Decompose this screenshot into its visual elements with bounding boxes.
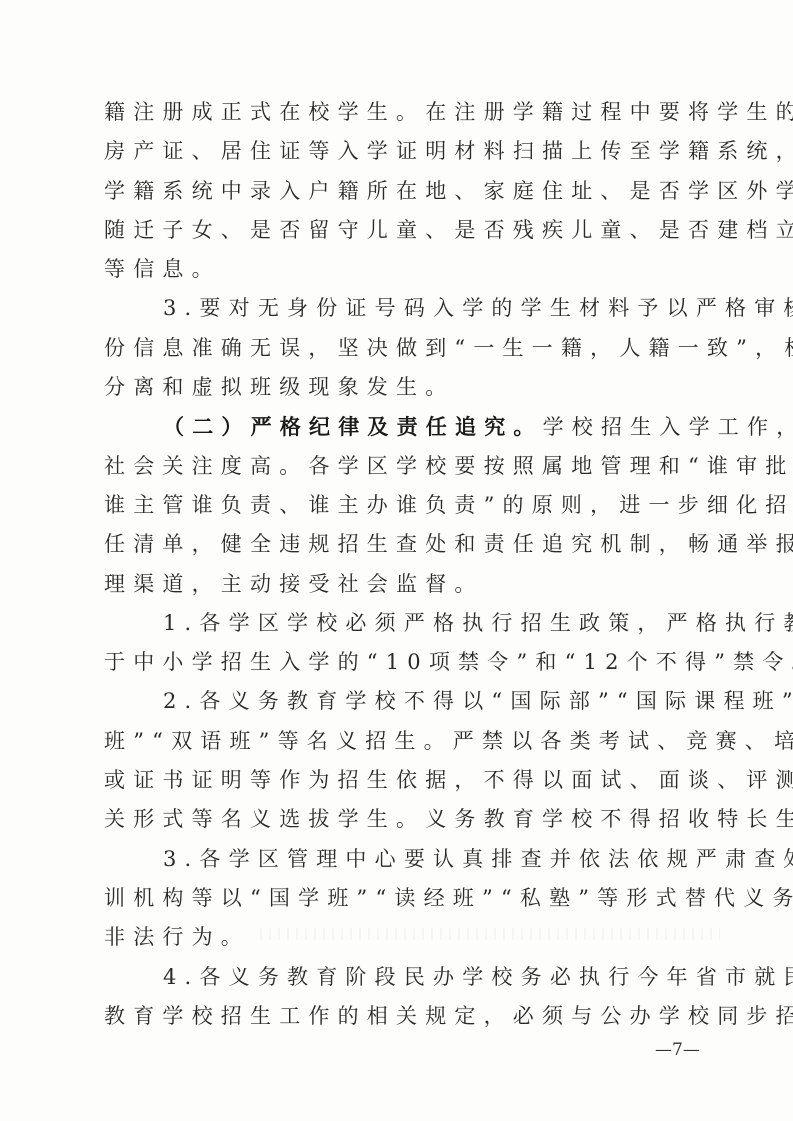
text-line: 于中小学招生入学的“10项禁令”和“12个不得”禁令。 — [104, 643, 704, 682]
text-line: 理渠道，主动接受社会监督。 — [104, 565, 704, 604]
paragraph-item-2-start: 2.各义务教育学校不得以“国际部”“国际课程班”“境外 — [104, 682, 704, 721]
text-line: 随迁子女、是否留守儿童、是否残疾儿童、是否建档立卡贫困户 — [104, 211, 704, 250]
paragraph-item-3-start: 3.要对无身份证号码入学的学生材料予以严格审核，确保身 — [104, 289, 704, 328]
text-line: 班”“双语班”等名义招生。严禁以各类考试、竞赛、培训成绩 — [104, 722, 704, 761]
text-line: 或证书证明等作为招生依据，不得以面试、面谈、评测及线上相 — [104, 761, 704, 800]
text-line: 分离和虚拟班级现象发生。 — [104, 368, 704, 407]
paragraph-item-3b-start: 3.各学区管理中心要认真排查并依法依规严肃查处社会培 — [104, 840, 704, 879]
text-line: 教育学校招生工作的相关规定，必须与公办学校同步招生，不得 — [104, 997, 704, 1036]
text-line: 任清单，健全违规招生查处和责任追究机制，畅通举报和申诉受 — [104, 525, 704, 564]
text-line: 籍注册成正式在校学生。在注册学籍过程中要将学生的户口簿、 — [104, 93, 704, 132]
text-line: 份信息准确无误，坚决做到“一生一籍，人籍一致”，杜绝人籍 — [104, 329, 704, 368]
paragraph-item-1-start: 1.各学区学校必须严格执行招生政策，严格执行教育部关 — [104, 604, 704, 643]
paragraph-item-4-start: 4.各义务教育阶段民办学校务必执行今年省市就民办义务 — [104, 958, 704, 997]
page-number: —7— — [655, 1040, 700, 1060]
text-line: 谁主管谁负责、谁主办谁负责”的原则，进一步细化招生工作责 — [104, 486, 704, 525]
text-line: 学籍系统中录入户籍所在地、家庭住址、是否学区外学生、是否 — [104, 172, 704, 211]
section-heading: （二）严格纪律及责任追究。 — [163, 414, 543, 439]
section-heading-line: （二）严格纪律及责任追究。学校招生入学工作，政策性强， — [104, 407, 704, 446]
text-line: 等信息。 — [104, 250, 704, 289]
text-line: 社会关注度高。各学区学校要按照属地管理和“谁审批谁管理、 — [104, 447, 704, 486]
text-line: 关形式等名义选拔学生。义务教育学校不得招收特长生。 — [104, 800, 704, 839]
scan-artifact — [260, 928, 720, 940]
text-line: 房产证、居住证等入学证明材料扫描上传至学籍系统，要如实在 — [104, 132, 704, 171]
section-heading-continuation: 学校招生入学工作，政策性强， — [543, 415, 793, 439]
document-page: 籍注册成正式在校学生。在注册学籍过程中要将学生的户口簿、 房产证、居住证等入学证… — [0, 0, 793, 1121]
text-line: 训机构等以“国学班”“读经班”“私塾”等形式替代义务教育的 — [104, 879, 704, 918]
document-body: 籍注册成正式在校学生。在注册学籍过程中要将学生的户口簿、 房产证、居住证等入学证… — [104, 93, 704, 1036]
